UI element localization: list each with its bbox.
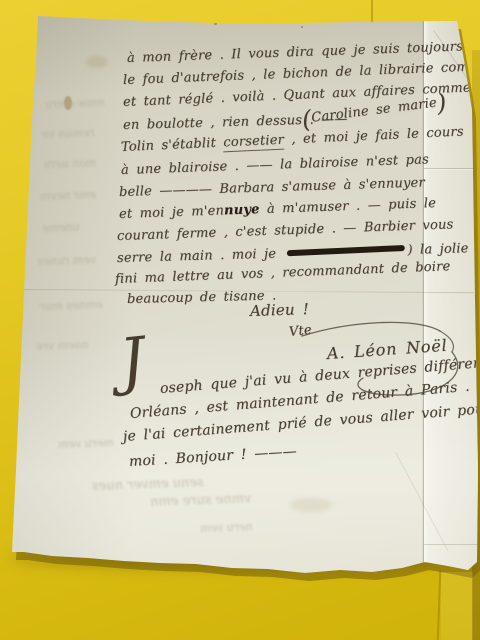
- handwriting-text: et moi je m'en: [119, 203, 225, 222]
- ink-bleed-through: vmne sure emn: [150, 492, 252, 509]
- handwriting-line: courant ferme , c'est stupide . — Barbie…: [117, 218, 454, 243]
- ink-bleed-through: nmw emru: [45, 97, 105, 110]
- closing-adieu: Adieu !: [250, 302, 309, 319]
- handwriting-text: Tolin s'établit: [121, 135, 224, 155]
- handwriting-line: à une blairoise . —— la blairoise n'est …: [121, 153, 429, 177]
- letter-paper: nmw emru remun ve mon uers emr nevm unem…: [0, 0, 480, 640]
- photo-background: nmw emru remun ve mon uers emr nevm unem…: [0, 0, 480, 640]
- ink-bleed-through: senu emver nues: [92, 476, 204, 493]
- ink-bleed-through: uneme: [42, 221, 80, 233]
- ink-strikethrough: [286, 245, 404, 256]
- crease-line: [424, 544, 480, 545]
- paper-speck: [214, 22, 217, 25]
- background-crease: [371, 0, 373, 23]
- signature-prefix: Vte: [288, 324, 312, 339]
- ink-bleed-through: emnes mur: [40, 299, 103, 312]
- ink-bleed-through: meru vem: [58, 437, 114, 450]
- crease-line: [424, 168, 480, 169]
- background-fold-highlight: [441, 572, 473, 640]
- ink-bleed-through: emr nevm: [40, 189, 96, 202]
- ink-bleed-through: remun ve: [42, 127, 95, 140]
- handwriting-line: belle ———— Barbara s'amuse à s'ennuyer: [119, 176, 425, 199]
- ink-bleed-through: nuem vre: [36, 339, 89, 352]
- handwriting-line: et moi je m'ennuye à m'amuser . — puis l…: [119, 197, 437, 221]
- handwriting-text: serre la main . moi je: [117, 246, 284, 266]
- paper-speck: [301, 26, 303, 28]
- re-inked-word: nuye: [224, 202, 260, 218]
- ink-bleed-through: mon uers: [44, 157, 96, 170]
- handwriting-text: à m'amuser . — puis le: [259, 196, 436, 217]
- handwriting-text: ) la jolie et: [407, 241, 480, 258]
- underlined-word: corsetier: [223, 133, 284, 153]
- paper-stain: [86, 56, 108, 68]
- paper-foxing: [290, 498, 332, 512]
- ink-bleed-through: vem runes: [38, 254, 97, 267]
- ink-bleed-through: neru vem: [200, 521, 253, 534]
